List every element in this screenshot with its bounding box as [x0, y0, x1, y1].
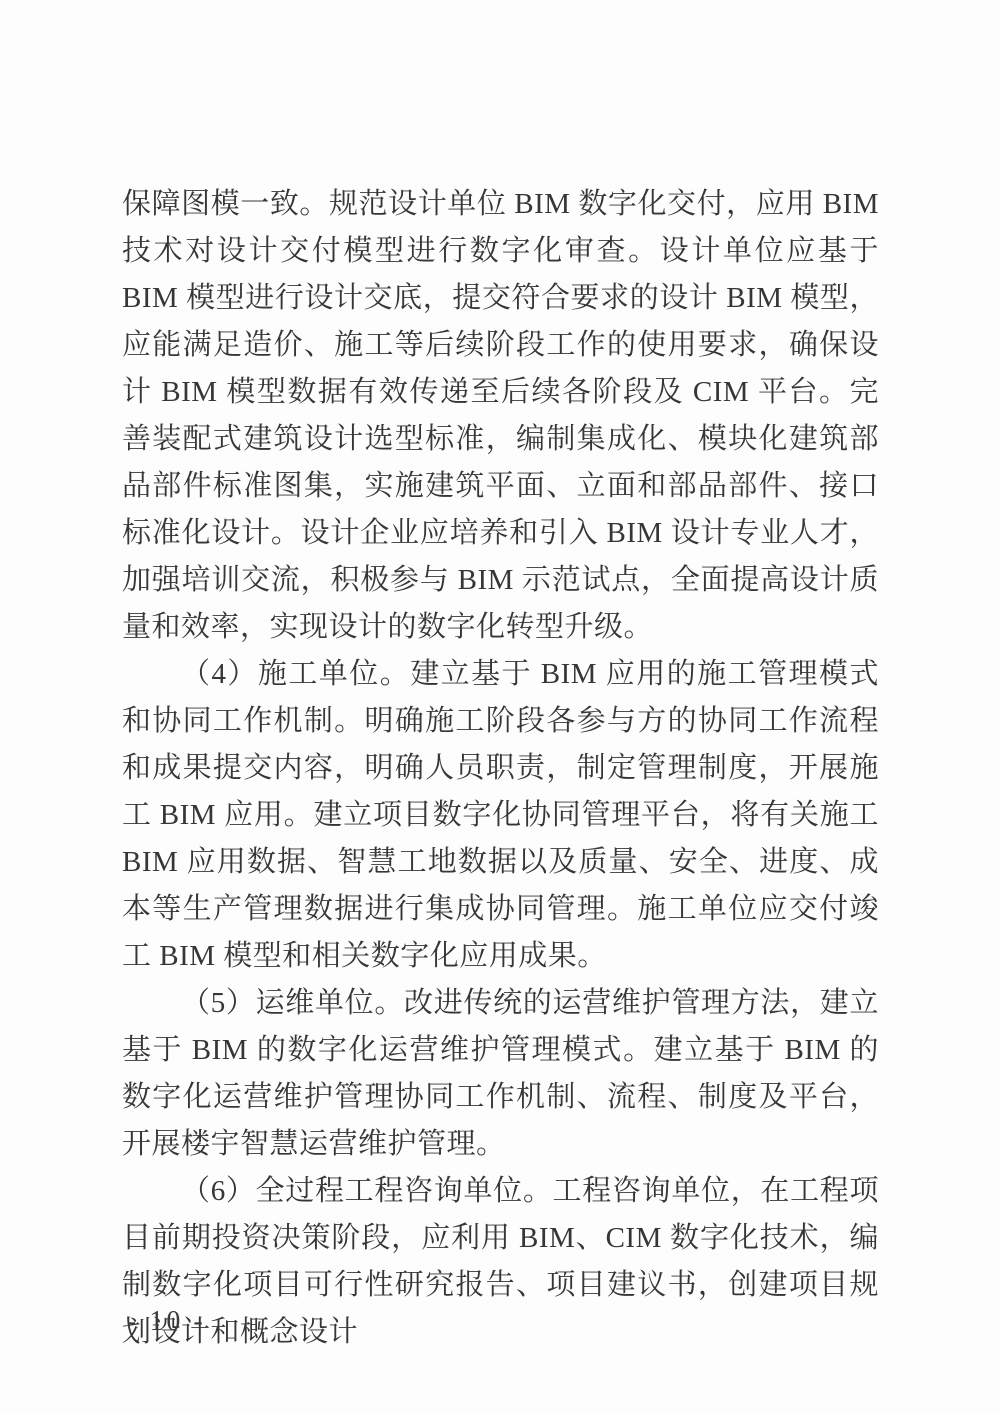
- document-page: 保障图模一致。规范设计单位 BIM 数字化交付，应用 BIM 技术对设计交付模型…: [0, 0, 1000, 1413]
- paragraph: 保障图模一致。规范设计单位 BIM 数字化交付，应用 BIM 技术对设计交付模型…: [122, 181, 879, 651]
- page-number: - 10 -: [127, 1306, 206, 1338]
- paragraph: （6）全过程工程咨询单位。工程咨询单位，在工程项目前期投资决策阶段，应利用 BI…: [122, 1168, 879, 1356]
- paragraph: （5）运维单位。改进传统的运营维护管理方法，建立基于 BIM 的数字化运营维护管…: [122, 980, 879, 1168]
- document-body: 保障图模一致。规范设计单位 BIM 数字化交付，应用 BIM 技术对设计交付模型…: [122, 181, 879, 1356]
- paragraph: （4）施工单位。建立基于 BIM 应用的施工管理模式和协同工作机制。明确施工阶段…: [122, 651, 879, 980]
